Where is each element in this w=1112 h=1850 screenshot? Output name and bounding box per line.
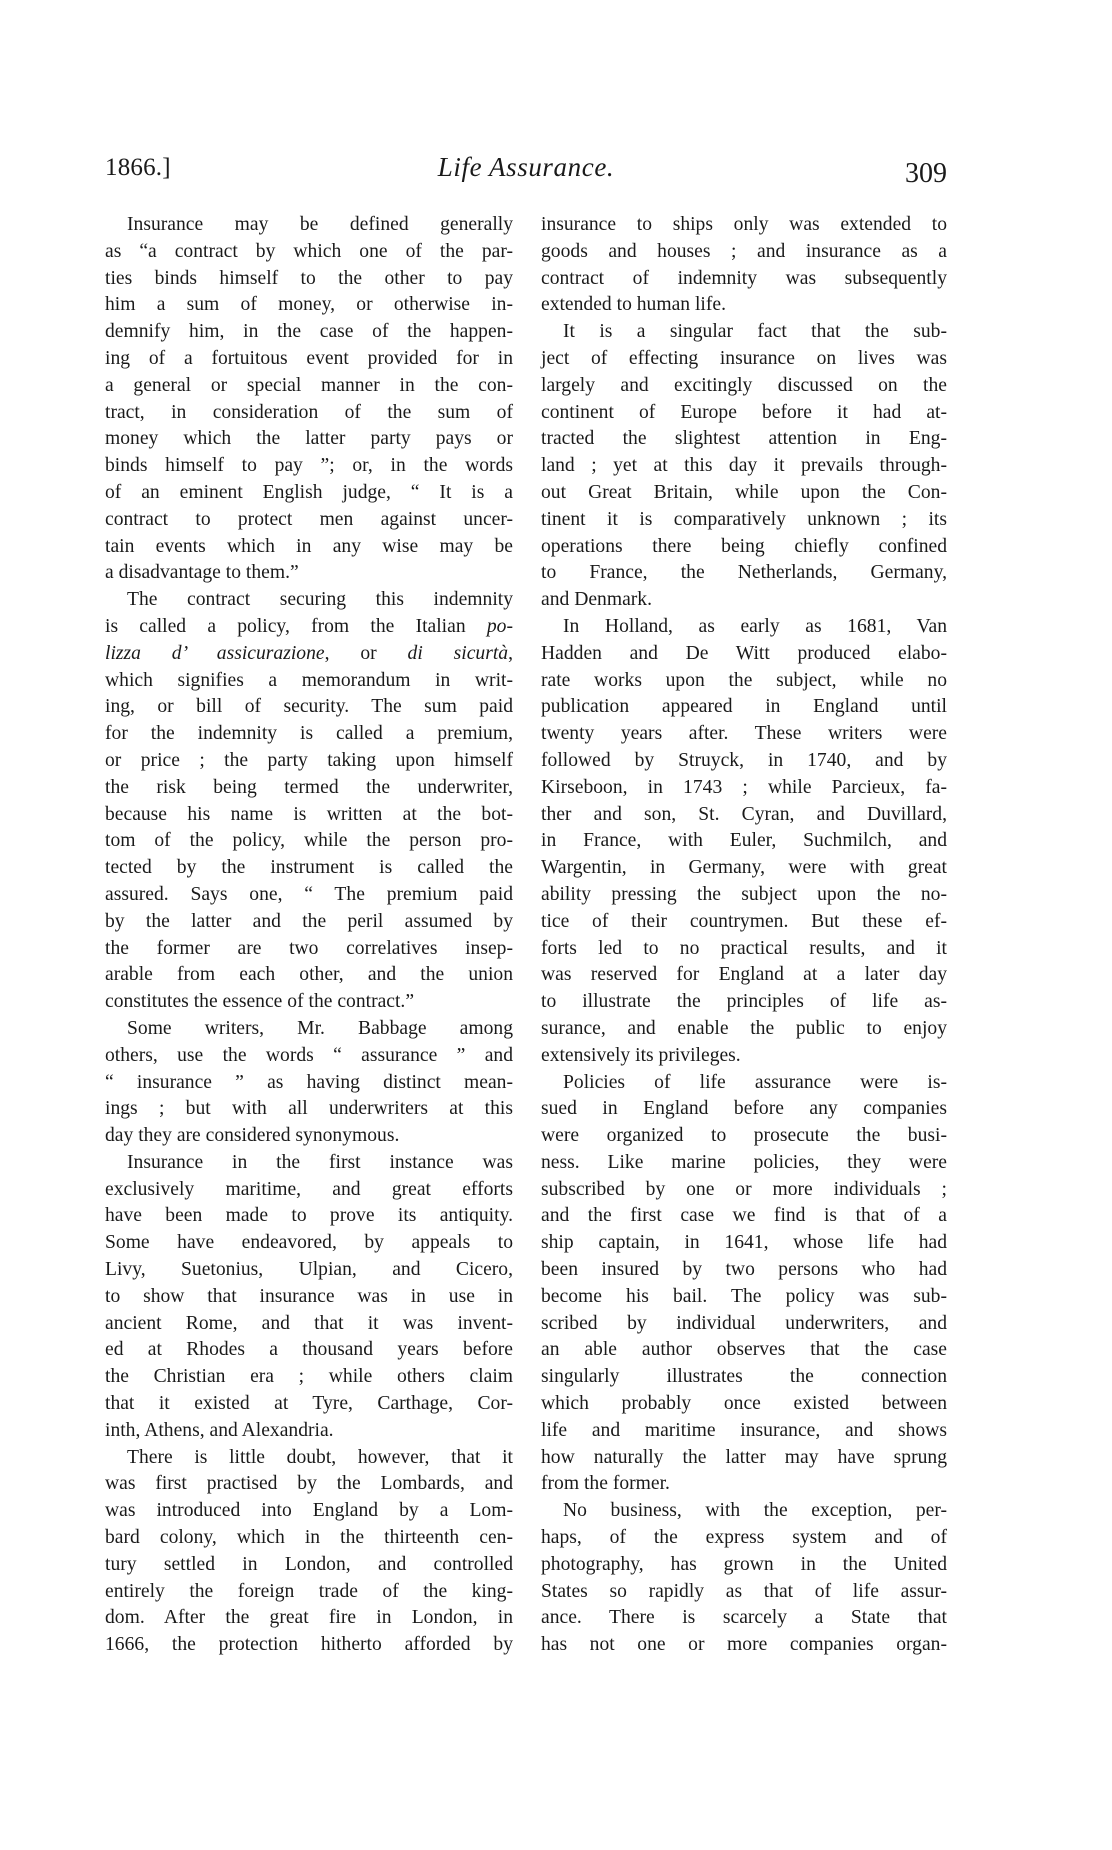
text-line: tected by the instrument is called the <box>105 855 513 882</box>
text-line: and the first case we find is that of a <box>541 1203 947 1230</box>
text-line: the Christian era ; while others claim <box>105 1364 513 1391</box>
text-line: day they are considered synonymous. <box>105 1123 513 1150</box>
text-line: binds himself to pay ”; or, in the words <box>105 453 513 480</box>
text-line: been insured by two persons who had <box>541 1257 947 1284</box>
text-line: Hadden and De Witt produced elabo- <box>541 641 947 668</box>
text-line: was introduced into England by a Lom- <box>105 1498 513 1525</box>
text-line: subscribed by one or more individuals ; <box>541 1177 947 1204</box>
text-line: arable from each other, and the union <box>105 962 513 989</box>
text-line: has not one or more companies organ- <box>541 1632 947 1659</box>
text-line: how naturally the latter may have sprung <box>541 1445 947 1472</box>
text-line: tain events which in any wise may be <box>105 534 513 561</box>
text-line: ability pressing the subject upon the no… <box>541 882 947 909</box>
text-line: and Denmark. <box>541 587 947 614</box>
text-line: Insurance may be defined generally <box>105 212 513 239</box>
text-line: singularly illustrates the connection <box>541 1364 947 1391</box>
text-line: In Holland, as early as 1681, Van <box>541 614 947 641</box>
text-line: It is a singular fact that the sub- <box>541 319 947 346</box>
text-line: money which the latter party pays or <box>105 426 513 453</box>
italic-term: lizza d’ assicurazione <box>105 643 325 664</box>
text-line: in France, with Euler, Suchmilch, and <box>541 828 947 855</box>
text-line: ings ; but with all underwriters at this <box>105 1096 513 1123</box>
text-line: or price ; the party taking upon himself <box>105 748 513 775</box>
text-line: assured. Says one, “ The premium paid <box>105 882 513 909</box>
text-line: followed by Struyck, in 1740, and by <box>541 748 947 775</box>
text-line: contract of indemnity was subsequently <box>541 266 947 293</box>
text-line: to France, the Netherlands, Germany, <box>541 560 947 587</box>
text-line: from the former. <box>541 1471 947 1498</box>
text-line: tury settled in London, and controlled <box>105 1552 513 1579</box>
text-line: demnify him, in the case of the happen- <box>105 319 513 346</box>
text-line: for the indemnity is called a premium, <box>105 721 513 748</box>
text-line: a general or special manner in the con- <box>105 373 513 400</box>
text-line: tracted the slightest attention in Eng- <box>541 426 947 453</box>
text-line: Wargentin, in Germany, were with great <box>541 855 947 882</box>
text-line: The contract securing this indemnity <box>105 587 513 614</box>
text-line: him a sum of money, or otherwise in- <box>105 292 513 319</box>
text-line: the risk being termed the underwriter, <box>105 775 513 802</box>
text-line: rate works upon the subject, while no <box>541 668 947 695</box>
text-line: out Great Britain, while upon the Con- <box>541 480 947 507</box>
text-line: insurance to ships only was extended to <box>541 212 947 239</box>
text-line: goods and houses ; and insurance as a <box>541 239 947 266</box>
text-line: twenty years after. These writers were <box>541 721 947 748</box>
text-line: was reserved for England at a later day <box>541 962 947 989</box>
text-line: a disadvantage to them.” <box>105 560 513 587</box>
text-line: others, use the words “ assurance ” and <box>105 1043 513 1070</box>
text-line: ing of a fortuitous event provided for i… <box>105 346 513 373</box>
text-line: bard colony, which in the thirteenth cen… <box>105 1525 513 1552</box>
text-line: of an eminent English judge, “ It is a <box>105 480 513 507</box>
text-line: No business, with the exception, per- <box>541 1498 947 1525</box>
text-line: Some writers, Mr. Babbage among <box>105 1016 513 1043</box>
text-line: sued in England before any companies <box>541 1096 947 1123</box>
text-line: become his bail. The policy was sub- <box>541 1284 947 1311</box>
text-line: ties binds himself to the other to pay <box>105 266 513 293</box>
text-line: contract to protect men against uncer- <box>105 507 513 534</box>
text-line: continent of Europe before it had at- <box>541 400 947 427</box>
text-line: Some have endeavored, by appeals to <box>105 1230 513 1257</box>
text-line: is called a policy, from the Italian po- <box>105 614 513 641</box>
text-line: exclusively maritime, and great efforts <box>105 1177 513 1204</box>
text-line: to show that insurance was in use in <box>105 1284 513 1311</box>
text-line: as “a contract by which one of the par- <box>105 239 513 266</box>
text-line: land ; yet at this day it prevails throu… <box>541 453 947 480</box>
text-line: ed at Rhodes a thousand years before <box>105 1337 513 1364</box>
text-line: ing, or bill of security. The sum paid <box>105 694 513 721</box>
left-column: Insurance may be defined generallyas “a … <box>105 212 513 1659</box>
text-line: life and maritime insurance, and shows <box>541 1418 947 1445</box>
text-line: forts led to no practical results, and i… <box>541 936 947 963</box>
italic-term: po- <box>487 616 513 637</box>
text-line: ther and son, St. Cyran, and Duvillard, <box>541 802 947 829</box>
text-line: the former are two correlatives insep- <box>105 936 513 963</box>
text-line: tice of their countrymen. But these ef- <box>541 909 947 936</box>
italic-term: di sicurtà <box>408 643 509 664</box>
text-line: ship captain, in 1641, whose life had <box>541 1230 947 1257</box>
text-line: lizza d’ assicurazione, or di sicurtà, <box>105 641 513 668</box>
text-line: surance, and enable the public to enjoy <box>541 1016 947 1043</box>
text-line: publication appeared in England until <box>541 694 947 721</box>
text-line: ancient Rome, and that it was invent- <box>105 1311 513 1338</box>
text-line: by the latter and the peril assumed by <box>105 909 513 936</box>
header-title: Life Assurance. <box>105 152 947 183</box>
text-line: inth, Athens, and Alexandria. <box>105 1418 513 1445</box>
text-line: Policies of life assurance were is- <box>541 1070 947 1097</box>
text-line: 1666, the protection hitherto afforded b… <box>105 1632 513 1659</box>
text-line: photography, has grown in the United <box>541 1552 947 1579</box>
text-line: haps, of the express system and of <box>541 1525 947 1552</box>
page-number: 309 <box>905 158 947 190</box>
text-line: operations there being chiefly confined <box>541 534 947 561</box>
text-line: tinent it is comparatively unknown ; its <box>541 507 947 534</box>
running-header: 1866.] Life Assurance. 309 <box>105 150 947 190</box>
text-line: an able author observes that the case <box>541 1337 947 1364</box>
text-line: Kirseboon, in 1743 ; while Parcieux, fa- <box>541 775 947 802</box>
text-line: that it existed at Tyre, Carthage, Cor- <box>105 1391 513 1418</box>
text-line: entirely the foreign trade of the king- <box>105 1579 513 1606</box>
text-line: which probably once existed between <box>541 1391 947 1418</box>
text-line: States so rapidly as that of life assur- <box>541 1579 947 1606</box>
text-line: extensively its privileges. <box>541 1043 947 1070</box>
text-line: Livy, Suetonius, Ulpian, and Cicero, <box>105 1257 513 1284</box>
text-line: tract, in consideration of the sum of <box>105 400 513 427</box>
text-line: “ insurance ” as having distinct mean- <box>105 1070 513 1097</box>
text-line: ance. There is scarcely a State that <box>541 1605 947 1632</box>
right-column: insurance to ships only was extended tog… <box>541 212 947 1659</box>
text-line: were organized to prosecute the busi- <box>541 1123 947 1150</box>
text-line: extended to human life. <box>541 292 947 319</box>
text-line: because his name is written at the bot- <box>105 802 513 829</box>
text-line: to illustrate the principles of life as- <box>541 989 947 1016</box>
text-line: Insurance in the first instance was <box>105 1150 513 1177</box>
text-line: scribed by individual underwriters, and <box>541 1311 947 1338</box>
text-line: tom of the policy, while the person pro- <box>105 828 513 855</box>
text-line: largely and excitingly discussed on the <box>541 373 947 400</box>
text-line: which signifies a memorandum in writ- <box>105 668 513 695</box>
text-line: constitutes the essence of the contract.… <box>105 989 513 1016</box>
text-line: have been made to prove its antiquity. <box>105 1203 513 1230</box>
text-line: dom. After the great fire in London, in <box>105 1605 513 1632</box>
text-line: was first practised by the Lombards, and <box>105 1471 513 1498</box>
text-line: ject of effecting insurance on lives was <box>541 346 947 373</box>
text-line: ness. Like marine policies, they were <box>541 1150 947 1177</box>
text-line: There is little doubt, however, that it <box>105 1445 513 1472</box>
